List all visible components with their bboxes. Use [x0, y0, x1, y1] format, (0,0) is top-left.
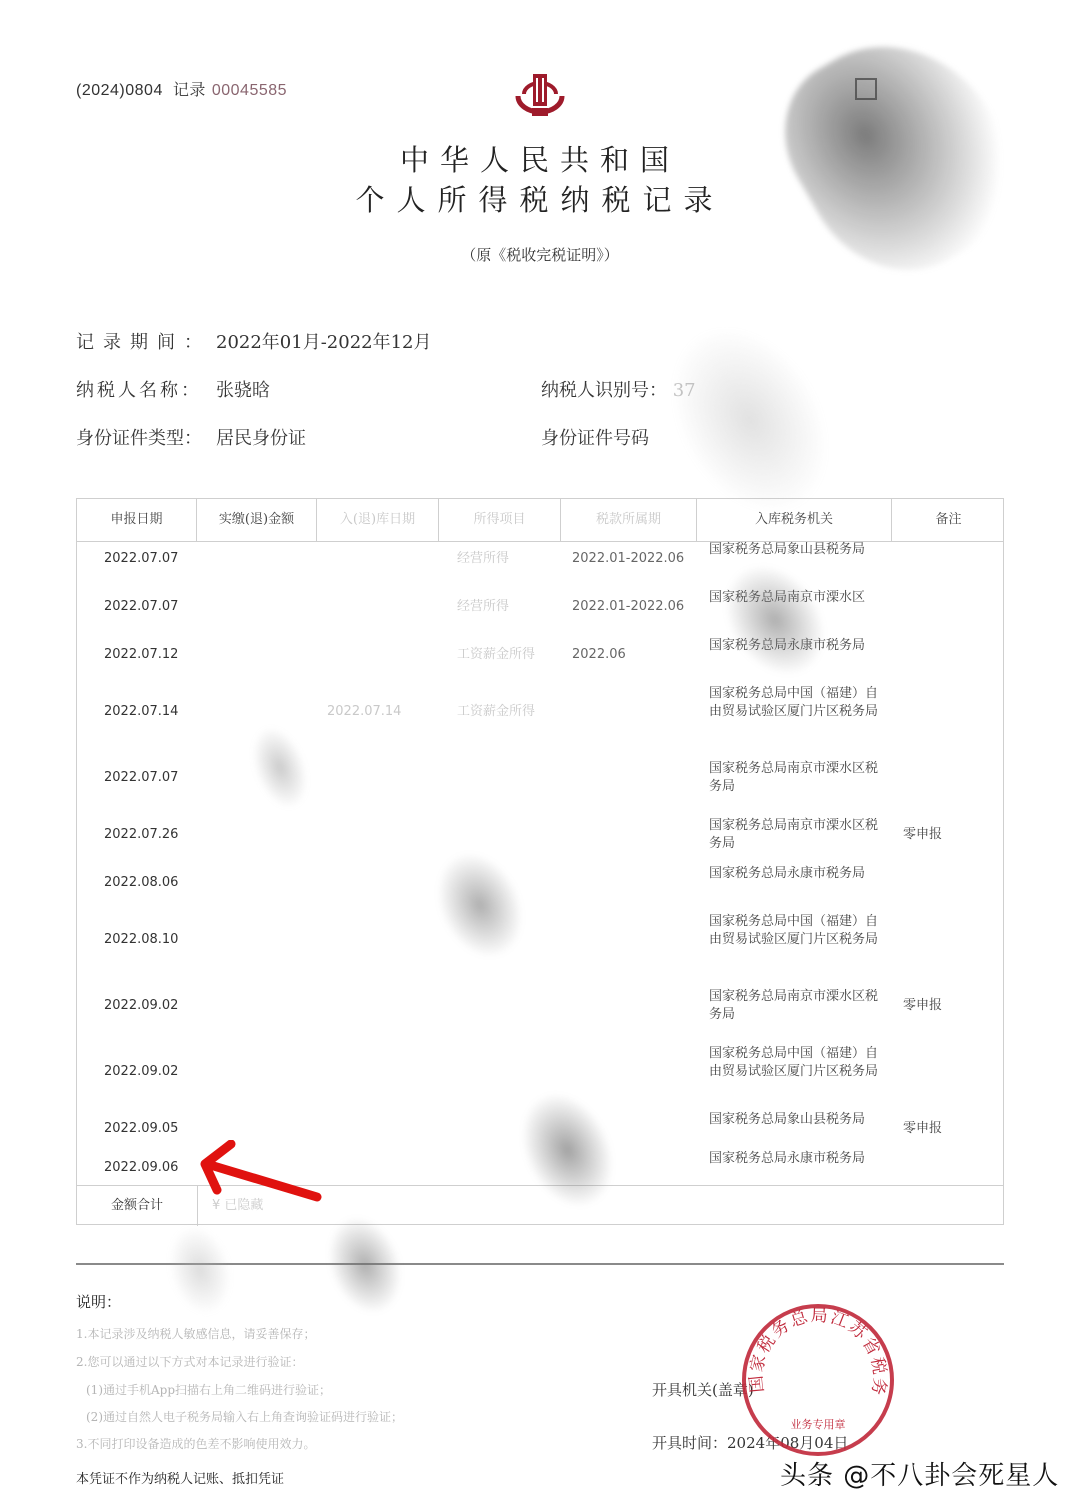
section-divider [76, 1263, 1004, 1265]
taxpayer-id-label: 纳税人识别号： [541, 380, 667, 401]
remark: 零申报 [903, 826, 942, 844]
income-item: 经营所得 [457, 598, 509, 616]
report-date: 2022.09.02 [104, 997, 178, 1015]
income-item: 工资薪金所得 [457, 703, 535, 721]
tax-office: 国家税务总局中国（福建）自由贸易试验区厦门片区税务局 [709, 685, 884, 721]
tax-bureau-emblem-icon [510, 72, 570, 120]
column-header: 税款所属期 [561, 499, 697, 541]
red-arrow-annotation-icon [195, 1140, 330, 1210]
year-code: (2024)0804 [76, 82, 163, 99]
tax-office: 国家税务总局象山县税务局 [709, 541, 884, 559]
report-date: 2022.09.02 [104, 1063, 178, 1081]
taxpayer-id-value: 37 [673, 380, 696, 401]
tax-office: 国家税务总局南京市溧水区 [709, 589, 884, 607]
id-type-label: 身份证件类型： [76, 424, 216, 450]
name-label: 纳税人名称： [76, 376, 216, 402]
tax-period: 2022.01-2022.06 [572, 550, 684, 568]
report-date: 2022.07.12 [104, 646, 178, 664]
tax-office: 国家税务总局象山县税务局 [709, 1111, 884, 1129]
tax-office: 国家税务总局永康市税务局 [709, 637, 884, 655]
income-item: 经营所得 [457, 550, 509, 568]
note-line: (2)通过自然人电子税务局输入右上角查询验证码进行验证； [86, 1408, 403, 1425]
official-seal-icon: 国家税务总局江苏省税务局 业务专用章 [738, 1300, 898, 1460]
remark: 零申报 [903, 997, 942, 1015]
issue-date-label: 开具时间： [652, 1434, 727, 1452]
tax-office: 国家税务总局永康市税务局 [709, 1150, 884, 1168]
qr-code-icon [855, 78, 877, 100]
tax-office: 国家税务总局中国（福建）自由贸易试验区厦门片区税务局 [709, 1045, 884, 1081]
tax-record-table: 申报日期实缴(退)金额入(退)库日期所得项目税款所属期入库税务机关备注 2022… [76, 498, 1004, 1225]
report-date: 2022.09.06 [104, 1159, 178, 1177]
title-line-2: 个人所得税纳税记录 [0, 178, 1080, 219]
id-number: 身份证件号码 [541, 424, 649, 450]
report-date: 2022.07.26 [104, 826, 178, 844]
tax-period: 2022.01-2022.06 [572, 598, 684, 616]
report-date: 2022.08.10 [104, 931, 178, 949]
record-label: 记录 [173, 82, 206, 99]
taxpayer-name: 纳税人名称：张骁晗 [76, 376, 270, 402]
title-line-1: 中华人民共和国 [0, 138, 1080, 179]
svg-text:业务专用章: 业务专用章 [791, 1417, 846, 1431]
tax-office: 国家税务总局南京市溧水区税务局 [709, 817, 884, 853]
period-label: 记录期间： [76, 328, 216, 354]
id-type-value: 居民身份证 [216, 428, 306, 449]
tax-office: 国家税务总局南京市溧水区税务局 [709, 988, 884, 1024]
column-header: 申报日期 [77, 499, 197, 541]
period-value: 2022年01月-2022年12月 [216, 332, 432, 353]
report-date: 2022.07.07 [104, 598, 178, 616]
report-date: 2022.07.07 [104, 550, 178, 568]
tax-office: 国家税务总局中国（福建）自由贸易试验区厦门片区税务局 [709, 913, 884, 949]
record-period: 记录期间：2022年01月-2022年12月 [76, 328, 432, 354]
entry-date: 2022.07.14 [327, 703, 401, 721]
column-header: 备注 [892, 499, 1005, 541]
column-header: 实缴(退)金额 [197, 499, 317, 541]
name-value: 张骁晗 [216, 380, 270, 401]
remark: 零申报 [903, 1120, 942, 1138]
income-item: 工资薪金所得 [457, 646, 535, 664]
notes-title: 说明： [76, 1291, 121, 1312]
subtitle: （原《税收完税证明》） [0, 244, 1080, 265]
svg-text:国家税务总局江苏省税务局: 国家税务总局江苏省税务局 [738, 1300, 890, 1398]
tax-office: 国家税务总局南京市溧水区税务局 [709, 760, 884, 796]
record-number: 00045585 [212, 82, 287, 99]
note-line: 1.本记录涉及纳税人敏感信息，请妥善保存； [76, 1325, 315, 1342]
note-line: 3.不同打印设备造成的色差不影响使用效力。 [76, 1435, 315, 1452]
id-number-label: 身份证件号码 [541, 428, 649, 449]
note-line: 2.您可以通过以下方式对本记录进行验证： [76, 1353, 303, 1370]
column-header: 入库税务机关 [697, 499, 892, 541]
column-header: 所得项目 [439, 499, 561, 541]
disclaimer: 本凭证不作为纳税人记账、抵扣凭证 [76, 1468, 284, 1487]
id-type: 身份证件类型：居民身份证 [76, 424, 306, 450]
report-date: 2022.08.06 [104, 874, 178, 892]
tax-office: 国家税务总局永康市税务局 [709, 865, 884, 883]
report-date: 2022.09.05 [104, 1120, 178, 1138]
taxpayer-id: 纳税人识别号： 37 [541, 376, 696, 402]
watermark-text: 头条 @不八卦会死星人 [780, 1455, 1059, 1492]
column-header: 入(退)库日期 [317, 499, 439, 541]
tax-period: 2022.06 [572, 646, 626, 664]
note-line: (1)通过手机App扫描右上角二维码进行验证； [86, 1381, 331, 1398]
total-label: 金额合计 [77, 1186, 198, 1226]
report-date: 2022.07.07 [104, 769, 178, 787]
record-number-line: (2024)0804记录00045585 [76, 77, 287, 100]
report-date: 2022.07.14 [104, 703, 178, 721]
table-header: 申报日期实缴(退)金额入(退)库日期所得项目税款所属期入库税务机关备注 [77, 499, 1003, 542]
